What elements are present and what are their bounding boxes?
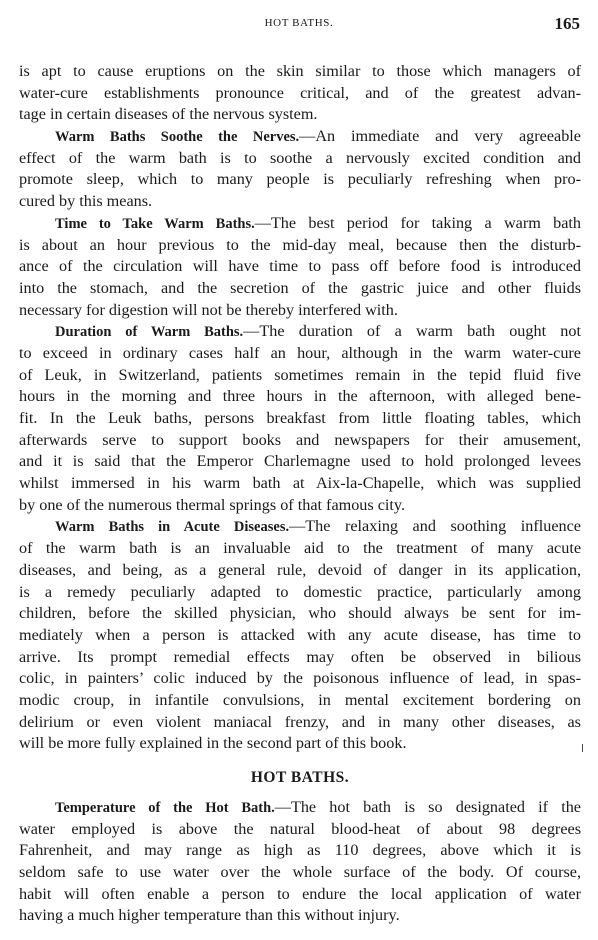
paragraph-warm-baths-soothe-nerves: Warm Baths Soothe the Nerves.—An immedia… [19,126,581,213]
text-line: tage in certain diseases of the nervous … [19,104,581,126]
text-line: afterwards serve to support books and ne… [19,430,581,452]
run-in-heading: Warm Baths in Acute Diseases. [55,519,289,535]
text-line: modic croup, in infantile convulsions, i… [19,690,581,712]
text-line: is about an hour previous to the mid-day… [19,235,581,257]
text-line: children, before the skilled physician, … [19,603,581,625]
text-line: water employed is above the natural bloo… [19,819,581,841]
text-line: Fahrenheit, and may range as high as 110… [19,840,581,862]
text-line: effect of the warm bath is to soothe a n… [19,148,581,170]
run-in-heading: Warm Baths Soothe the Nerves. [55,129,299,145]
line-text: —The hot bath is so designated if the [275,798,581,816]
text-line: hours in the morning and three hours in … [19,386,581,408]
text-line: promote sleep, which to many people is p… [19,169,581,191]
text-line: is a remedy peculiarly adapted to domest… [19,582,581,604]
text-line: of Leuk, in Switzerland, patients someti… [19,365,581,387]
text-line: Temperature of the Hot Bath.—The hot bat… [19,797,581,819]
text-line: seldom safe to use water over the whole … [19,862,581,884]
text-line: of the warm bath is an invaluable aid to… [19,538,581,560]
text-line: diseases, and being, as a general rule, … [19,560,581,582]
text-line: Warm Baths Soothe the Nerves.—An immedia… [19,126,581,148]
text-line: Warm Baths in Acute Diseases.—The relaxi… [19,516,581,538]
text-line: is apt to cause eruptions on the skin si… [19,61,581,83]
text-line: colic, in painters’ colic induced by the… [19,668,581,690]
text-line: mediately when a person is attacked with… [19,625,581,647]
text-line: to exceed in ordinary cases half an hour… [19,343,581,365]
line-text: —The best period for taking a warm bath [255,214,581,232]
text-line: and it is said that the Emperor Charlema… [19,451,581,473]
running-head: HOT BATHS. 165 [0,14,598,34]
paragraph-continuation: is apt to cause eruptions on the skin si… [19,61,581,126]
paragraph-duration-of-warm-baths: Duration of Warm Baths.—The duration of … [19,321,581,516]
text-line: necessary for digestion will not be ther… [19,300,581,322]
running-title: HOT BATHS. [0,17,598,29]
run-in-heading: Temperature of the Hot Bath. [55,800,275,816]
book-page: HOT BATHS. 165 is apt to cause eruptions… [0,0,598,940]
text-line: by one of the numerous thermal springs o… [19,495,581,517]
text-line: delirium or even violent maniacal frenzy… [19,712,581,734]
text-line: Time to Take Warm Baths.—The best period… [19,213,581,235]
text-line: water-cure establishments pronounce crit… [19,83,581,105]
paragraph-warm-baths-in-acute-diseases: Warm Baths in Acute Diseases.—The relaxi… [19,516,581,755]
text-line: ance of the circulation will have time t… [19,256,581,278]
text-line: habit will often enable a person to endu… [19,884,581,906]
run-in-heading: Duration of Warm Baths. [55,324,243,340]
text-line: into the stomach, and the secretion of t… [19,278,581,300]
text-line: cured by this means. [19,191,581,213]
paragraph-time-to-take-warm-baths: Time to Take Warm Baths.—The best period… [19,213,581,321]
scan-artifact-mark [582,744,583,752]
text-line: whilst immersed in his warm bath at Aix-… [19,473,581,495]
text-line: will be more fully explained in the seco… [19,733,581,755]
text-line: fit. In the Leuk baths, persons breakfas… [19,408,581,430]
body-text: is apt to cause eruptions on the skin si… [19,61,581,927]
line-text: —The duration of a warm bath ought not [243,322,581,340]
run-in-heading: Time to Take Warm Baths. [55,216,255,232]
line-text: —An immediate and very agreeable [299,127,581,145]
line-text: —The relaxing and soothing influence [289,517,581,535]
section-heading: HOT BATHS. [19,755,581,795]
paragraph-temperature-of-hot-bath: Temperature of the Hot Bath.—The hot bat… [19,797,581,927]
page-number: 165 [555,14,581,34]
text-line: Duration of Warm Baths.—The duration of … [19,321,581,343]
text-line: arrive. Its prompt remedial effects may … [19,647,581,669]
text-line: having a much higher temperature than th… [19,905,581,927]
